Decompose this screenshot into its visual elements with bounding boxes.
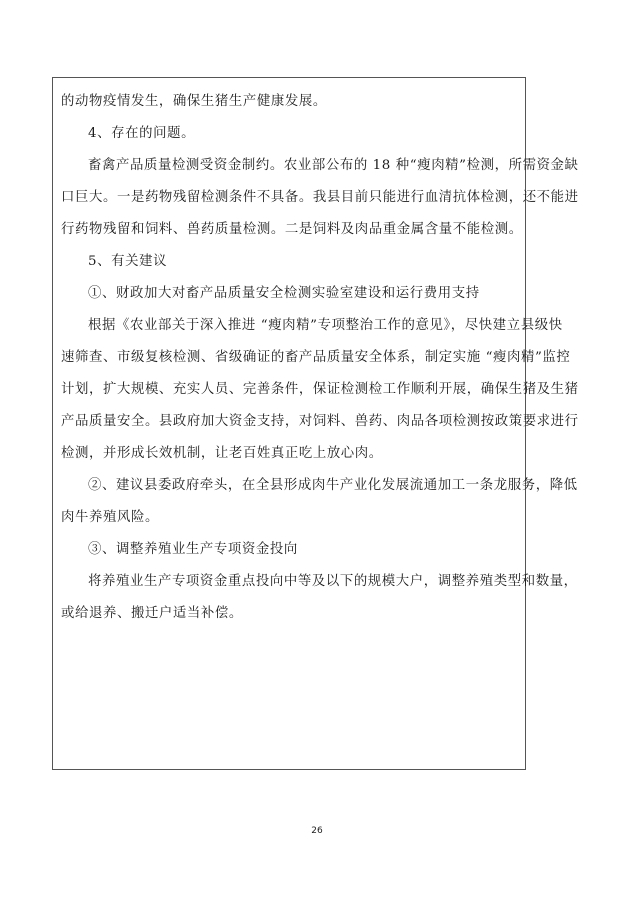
document-body: 的动物疫情发生，确保生猪生产健康发展。 4、存在的问题。 畜禽产品质量检测受资金… xyxy=(61,86,517,630)
text-line: 根据《农业部关于深入推进 “瘦肉精”专项整治工作的意见》，尽快建立县级快 xyxy=(61,310,517,342)
section-heading-suggestions: 5、有关建议 xyxy=(61,246,517,278)
text-line: 检测，并形成长效机制，让老百姓真正吃上放心肉。 xyxy=(61,438,517,470)
suggestion-heading-2: ②、建议县委政府牵头，在全县形成肉牛产业化发展流通加工一条龙服务，降低 xyxy=(61,470,517,502)
text-line: 肉牛养殖风险。 xyxy=(61,502,517,534)
text-line: 口巨大。一是药物残留检测条件不具备。我县目前只能进行血清抗体检测，还不能进 xyxy=(61,182,517,214)
content-table-cell: 的动物疫情发生，确保生猪生产健康发展。 4、存在的问题。 畜禽产品质量检测受资金… xyxy=(52,77,526,770)
text-line: 畜禽产品质量检测受资金制约。农业部公布的 18 种“瘦肉精”检测，所需资金缺 xyxy=(61,150,517,182)
text-line: 的动物疫情发生，确保生猪生产健康发展。 xyxy=(61,86,517,118)
suggestion-heading-1: ①、财政加大对畜产品质量安全检测实验室建设和运行费用支持 xyxy=(61,278,517,310)
text-line: 将养殖业生产专项资金重点投向中等及以下的规模大户，调整养殖类型和数量， xyxy=(61,566,517,598)
section-heading-problems: 4、存在的问题。 xyxy=(61,118,517,150)
text-line: 速筛查、市级复核检测、省级确证的畜产品质量安全体系，制定实施 “瘦肉精”监控 xyxy=(61,342,517,374)
text-line: 产品质量安全。县政府加大资金支持，对饲料、兽药、肉品各项检测按政策要求进行 xyxy=(61,406,517,438)
text-line: 行药物残留和饲料、兽药质量检测。二是饲料及肉品重金属含量不能检测。 xyxy=(61,214,517,246)
suggestion-heading-3: ③、调整养殖业生产专项资金投向 xyxy=(61,534,517,566)
text-line: 计划，扩大规模、充实人员、完善条件，保证检测检工作顺利开展，确保生猪及生猪 xyxy=(61,374,517,406)
text-line: 或给退养、搬迁户适当补偿。 xyxy=(61,598,517,630)
page-number: 26 xyxy=(0,826,634,836)
